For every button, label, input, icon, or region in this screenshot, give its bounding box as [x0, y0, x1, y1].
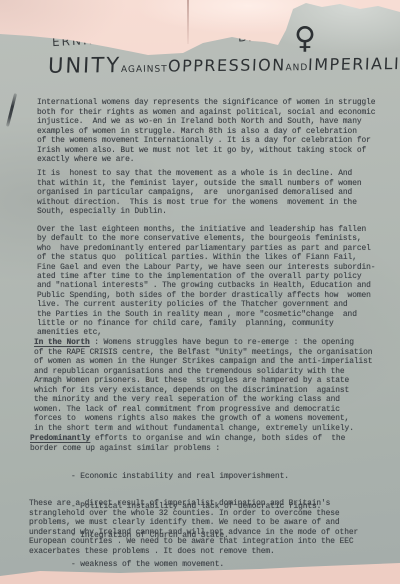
paragraph-lead-in-the-north: In the North: [34, 338, 90, 347]
list-item: - Economic instability and real impoveri…: [71, 472, 400, 482]
title-word-imperialism: IMPERIALISM: [308, 54, 400, 74]
scanned-leaflet-photo: ERNI. DAY ♀ UNITY AGAINST OPPRESSION AND…: [0, 0, 400, 584]
paragraph-eighteen-months: Over the last eighteen months, the initi…: [37, 225, 400, 338]
paragraph-imperialist-domination: These are a direct result of imperialist…: [29, 499, 397, 556]
paragraph-movement-decline: It is honest to say that the movement as…: [37, 169, 400, 217]
crease-line: [187, 0, 189, 44]
female-symbol-icon: ♀: [294, 24, 316, 54]
paragraph-international-womens-day: International womens day represents the …: [37, 98, 400, 165]
title-word-and: AND: [285, 63, 308, 73]
paragraph-body-in-the-north: : Womens struggles have begun to re-emer…: [34, 338, 372, 433]
title-word-oppression: OPPRESSION: [167, 55, 286, 75]
leaflet-sheet: ERNI. DAY ♀ UNITY AGAINST OPPRESSION AND…: [0, 0, 400, 584]
title-word-unity: UNITY: [48, 53, 122, 78]
paragraph-lead-predominantly: Predominantly: [30, 434, 90, 443]
paragraph-predominantly: Predominantly efforts to organise and wi…: [30, 434, 398, 453]
title-word-against: AGAINST: [121, 65, 168, 75]
page-title: UNITY AGAINST OPPRESSION AND IMPERIALISM: [48, 50, 393, 78]
paragraph-in-the-north: In the North : Womens struggles have beg…: [34, 338, 400, 433]
pen-mark: [6, 93, 17, 127]
